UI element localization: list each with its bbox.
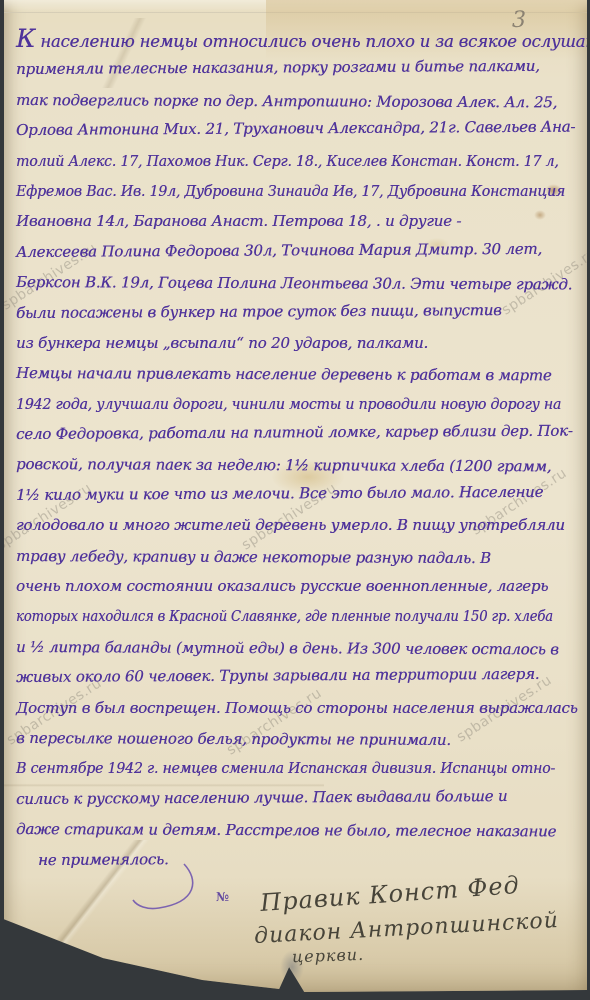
handwritten-line: Доступ в был воспрещен. Помощь со сторон… [16, 693, 587, 723]
handwritten-line: В сентябре 1942 г. немцев сменила Испанс… [16, 753, 553, 783]
handwritten-line: голодовало и много жителей деревень умер… [16, 510, 587, 540]
signature-line: Правик Конст Фед [259, 871, 520, 917]
handwritten-line: сились к русскому населению лучше. Паек … [16, 780, 587, 814]
margin-mark: № [216, 890, 229, 904]
handwritten-line: траву лебеду, крапиву и даже некоторые р… [16, 541, 587, 574]
handwritten-line: Ивановна 14л, Баранова Анаст. Петрова 18… [16, 206, 587, 236]
handwritten-line: толий Алекс. 17, Пахомов Ник. Серг. 18.,… [16, 146, 553, 176]
document-page: spbarchives.ru spbarchives.ru spbarchive… [4, 0, 587, 997]
signature-line: церкви. [292, 945, 365, 967]
ink-flourish [129, 862, 219, 917]
handwritten-line: не применялось. [38, 841, 587, 875]
handwritten-line: 1½ кило муки и кое что из мелочи. Все эт… [16, 476, 587, 510]
handwritten-line: Немцы начали привлекать население дереве… [16, 358, 587, 391]
handwritten-line: применяли телесные наказания, порку розг… [16, 51, 587, 85]
scan-background: spbarchives.ru spbarchives.ru spbarchive… [0, 0, 590, 1000]
handwritten-line: которых находился в Красной Славянке, гд… [16, 601, 518, 631]
handwritten-line: Орлова Антонина Мих. 21, Труханович Алек… [16, 112, 587, 146]
handwritten-line: 1942 года, улучшали дороги, чинили мосты… [16, 389, 553, 419]
handwritten-line: село Федоровка, работали на плитной ломк… [16, 416, 587, 450]
handwritten-line: очень плохом состоянии оказались русские… [16, 571, 587, 601]
handwritten-line: К населению немцы относились очень плохо… [16, 24, 587, 54]
handwritten-line: были посажены в бункер на трое суток без… [16, 294, 587, 328]
handwritten-line: Алексеева Полина Федорова 30л, Точинова … [16, 233, 587, 267]
handwritten-line: живых около 60 человек. Трупы зарывали н… [16, 659, 587, 693]
handwritten-line: из бункера немцы „всыпали“ по 20 ударов,… [16, 328, 587, 358]
paper-top-edge [4, 0, 587, 13]
handwritten-line: в пересылке ношеного белья, продукты не … [16, 723, 587, 756]
handwritten-line: Ефремов Вас. Ив. 19л, Дубровина Зинаида … [16, 176, 553, 206]
handwritten-text: К населению немцы относились очень плохо… [16, 24, 587, 875]
